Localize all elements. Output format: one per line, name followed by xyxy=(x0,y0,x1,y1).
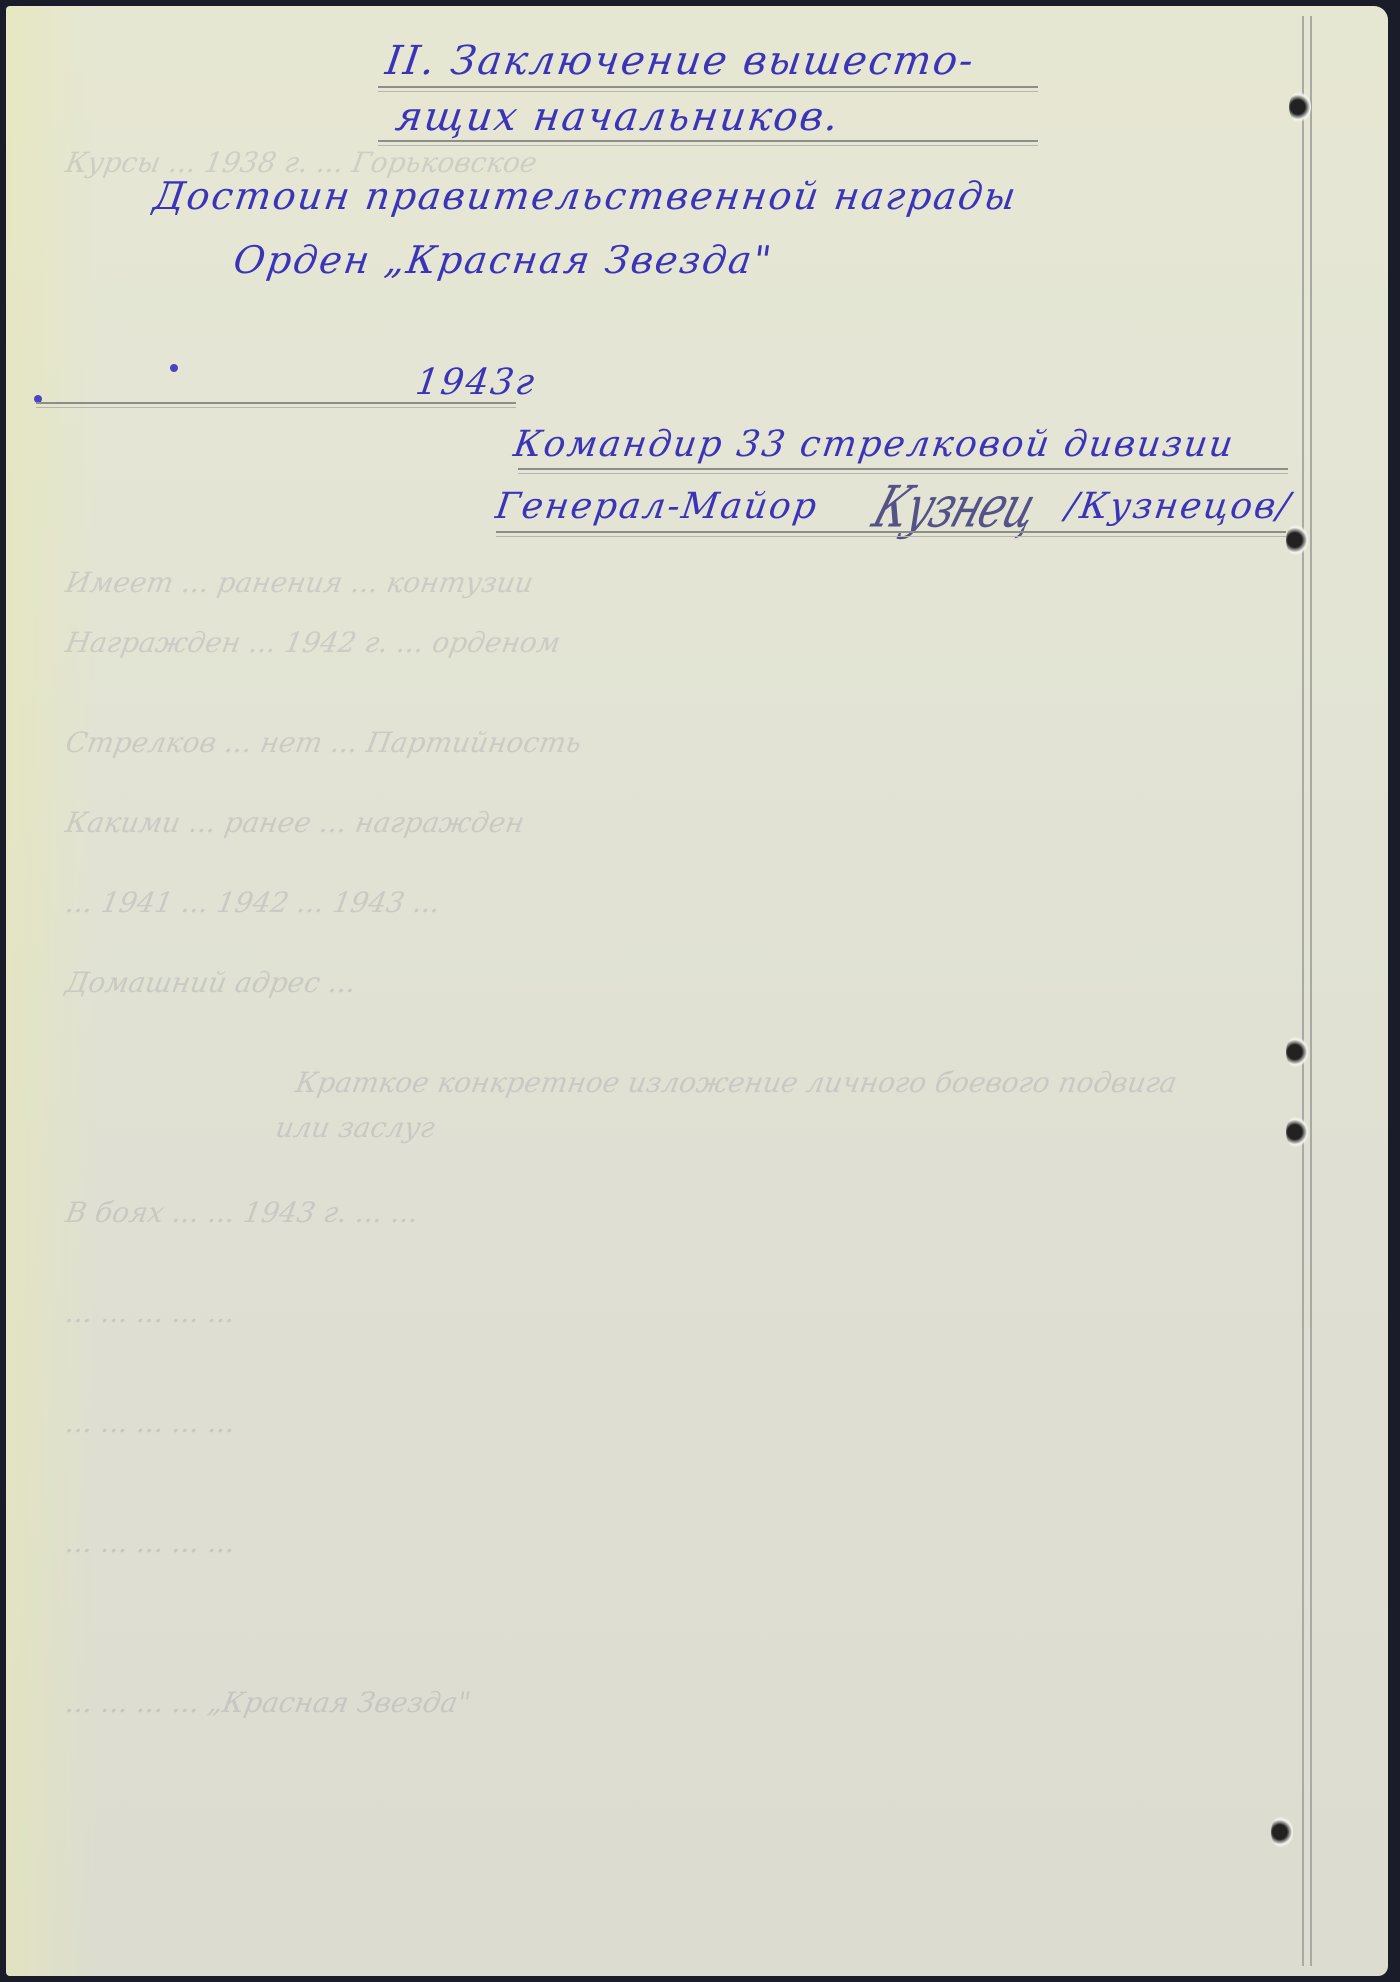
date: 1943г xyxy=(413,362,539,403)
commander-underline xyxy=(518,468,1288,474)
signature-underline xyxy=(496,531,1286,537)
date-underline xyxy=(36,402,516,408)
punch-hole xyxy=(1271,1816,1293,1848)
commander-rank: Генерал-Майор xyxy=(493,486,821,527)
margin-line xyxy=(1310,16,1312,1966)
section-heading-line2: ящих начальников. xyxy=(393,94,843,140)
punch-hole xyxy=(1289,91,1311,123)
signatory-name: /Кузнецов/ xyxy=(1063,486,1294,527)
margin-line xyxy=(1302,16,1304,1966)
punch-hole xyxy=(1286,1036,1308,1068)
ink-dot xyxy=(170,364,178,372)
award-recommendation-line2: Орден „Красная Звезда" xyxy=(231,238,776,282)
commander-title: Командир 33 стрелковой дивизии xyxy=(511,424,1237,465)
punch-hole xyxy=(1286,524,1308,556)
punch-hole xyxy=(1286,1116,1308,1148)
section-heading-line1: II. Заключение вышесто- xyxy=(383,38,978,84)
heading-underline xyxy=(378,140,1038,146)
award-recommendation-line1: Достоин правительственной награды xyxy=(151,174,1021,218)
heading-underline xyxy=(378,86,1038,92)
document-page: Курсы ... 1938 г. ... Горьковское Имеет … xyxy=(6,6,1388,1976)
